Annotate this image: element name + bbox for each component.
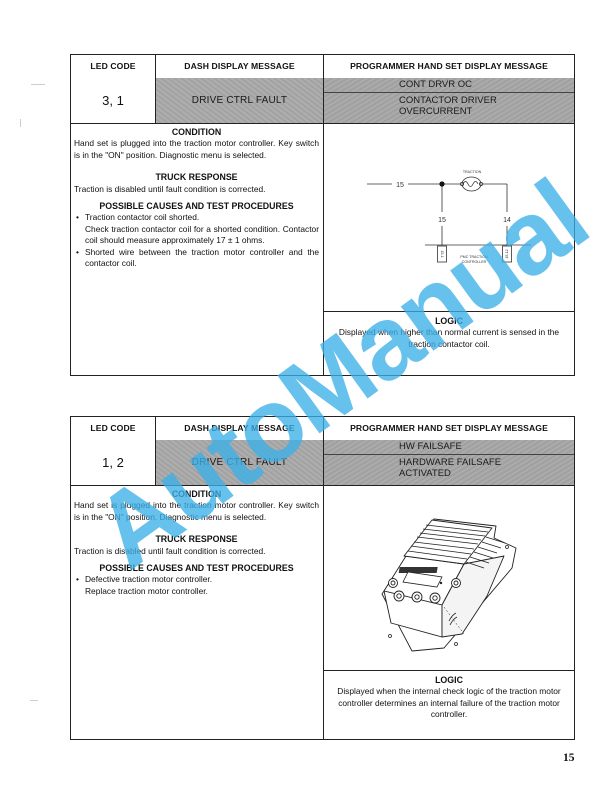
programmer-long-line1: CONTACTOR DRIVER <box>399 95 574 106</box>
col-header-programmer-display: PROGRAMMER HAND SET DISPLAY MESSAGE <box>323 417 574 440</box>
programmer-long-line1: HARDWARE FAILSAFE <box>399 457 574 468</box>
programmer-short-message: HW FAILSAFE <box>324 440 574 455</box>
scan-noise <box>20 119 21 127</box>
logic-text: Displayed when higher than normal curren… <box>330 327 568 350</box>
left-drop-label: 15 <box>438 217 446 224</box>
condition-text: Hand set is plugged into the traction mo… <box>74 500 319 523</box>
cause-item: Shorted wire between the traction motor … <box>74 247 319 270</box>
dash-message-value: DRIVE CTRL FAULT <box>155 78 323 123</box>
programmer-long-line2: OVERCURRENT <box>399 106 574 117</box>
condition-title: CONDITION <box>74 127 319 138</box>
controller-illustration <box>324 486 574 670</box>
figure-and-logic: LOGIC Displayed when the internal check … <box>323 486 574 739</box>
page-number: 15 <box>563 752 575 764</box>
fault-details: CONDITION Hand set is plugged into the t… <box>71 486 323 739</box>
led-code-value: 3, 1 <box>71 78 155 123</box>
right-drop-label: 14 <box>503 217 511 224</box>
coil-label: TRACTION <box>463 170 482 174</box>
figure-and-logic: 15 TRACTION 15 14 PMC TRACTION CONTROLLE… <box>323 124 574 375</box>
col-header-dash-display: DASH DISPLAY MESSAGE <box>155 55 323 78</box>
cause-text: Traction contactor coil shorted. <box>85 212 319 223</box>
truck-response-title: TRUCK RESPONSE <box>74 534 319 545</box>
col-header-dash-display: DASH DISPLAY MESSAGE <box>155 417 323 440</box>
cause-text: Defective traction motor controller. <box>85 574 319 585</box>
wire-in-label: 15 <box>396 182 404 189</box>
truck-response-text: Traction is disabled until fault conditi… <box>74 184 319 195</box>
svg-text:15-1: 15-1 <box>440 250 444 257</box>
programmer-long-message: CONTACTOR DRIVER OVERCURRENT <box>324 93 574 117</box>
condition-title: CONDITION <box>74 489 319 500</box>
programmer-message-cell: CONT DRVR OC CONTACTOR DRIVER OVERCURREN… <box>323 78 574 123</box>
test-procedure-text: Replace traction motor controller. <box>85 586 319 597</box>
fault-details: CONDITION Hand set is plugged into the t… <box>71 124 323 375</box>
causes-list: Defective traction motor controller. Rep… <box>74 574 319 597</box>
controller-label-2: CONTROLLER <box>462 260 487 264</box>
schematic-diagram: 15 TRACTION 15 14 PMC TRACTION CONTROLLE… <box>324 124 576 311</box>
col-header-led-code: LED CODE <box>71 417 155 440</box>
fault-code-row: 1, 2 DRIVE CTRL FAULT HW FAILSAFE HARDWA… <box>71 440 574 486</box>
logic-section: LOGIC Displayed when the internal check … <box>324 670 574 739</box>
fault-code-row: 3, 1 DRIVE CTRL FAULT CONT DRVR OC CONTA… <box>71 78 574 124</box>
test-procedure-text: Check traction contactor coil for a shor… <box>85 224 319 247</box>
led-code-value: 1, 2 <box>71 440 155 485</box>
causes-list: Traction contactor coil shorted. Check t… <box>74 212 319 269</box>
cause-item: Traction contactor coil shorted. Check t… <box>74 212 319 246</box>
truck-response-text: Traction is disabled until fault conditi… <box>74 546 319 557</box>
logic-title: LOGIC <box>330 316 568 327</box>
wiring-schematic: 15 TRACTION 15 14 PMC TRACTION CONTROLLE… <box>324 124 574 311</box>
cause-item: Defective traction motor controller. Rep… <box>74 574 319 597</box>
cause-text: Shorted wire between the traction motor … <box>85 247 319 270</box>
programmer-short-message: CONT DRVR OC <box>324 78 574 93</box>
dash-message-value: DRIVE CTRL FAULT <box>155 440 323 485</box>
logic-section: LOGIC Displayed when higher than normal … <box>324 311 574 375</box>
condition-text: Hand set is plugged into the traction mo… <box>74 138 319 161</box>
table-header: LED CODE DASH DISPLAY MESSAGE PROGRAMMER… <box>71 417 574 441</box>
programmer-long-line2: ACTIVATED <box>399 468 574 479</box>
col-header-programmer-display: PROGRAMMER HAND SET DISPLAY MESSAGE <box>323 55 574 78</box>
causes-title: POSSIBLE CAUSES AND TEST PROCEDURES <box>74 201 319 212</box>
causes-title: POSSIBLE CAUSES AND TEST PROCEDURES <box>74 563 319 574</box>
fault-table-1-2: LED CODE DASH DISPLAY MESSAGE PROGRAMMER… <box>70 416 575 740</box>
scan-noise <box>30 700 38 701</box>
truck-response-title: TRUCK RESPONSE <box>74 172 319 183</box>
logic-text: Displayed when the internal check logic … <box>330 686 568 720</box>
programmer-message-cell: HW FAILSAFE HARDWARE FAILSAFE ACTIVATED <box>323 440 574 485</box>
svg-text:15-12: 15-12 <box>505 249 509 258</box>
scan-noise <box>31 84 45 85</box>
programmer-long-message: HARDWARE FAILSAFE ACTIVATED <box>324 455 574 479</box>
motor-controller-drawing <box>324 486 576 670</box>
controller-label-1: PMC TRACTION <box>460 255 488 259</box>
fault-table-3-1: LED CODE DASH DISPLAY MESSAGE PROGRAMMER… <box>70 54 575 376</box>
col-header-led-code: LED CODE <box>71 55 155 78</box>
table-header: LED CODE DASH DISPLAY MESSAGE PROGRAMMER… <box>71 55 574 79</box>
logic-title: LOGIC <box>330 675 568 686</box>
